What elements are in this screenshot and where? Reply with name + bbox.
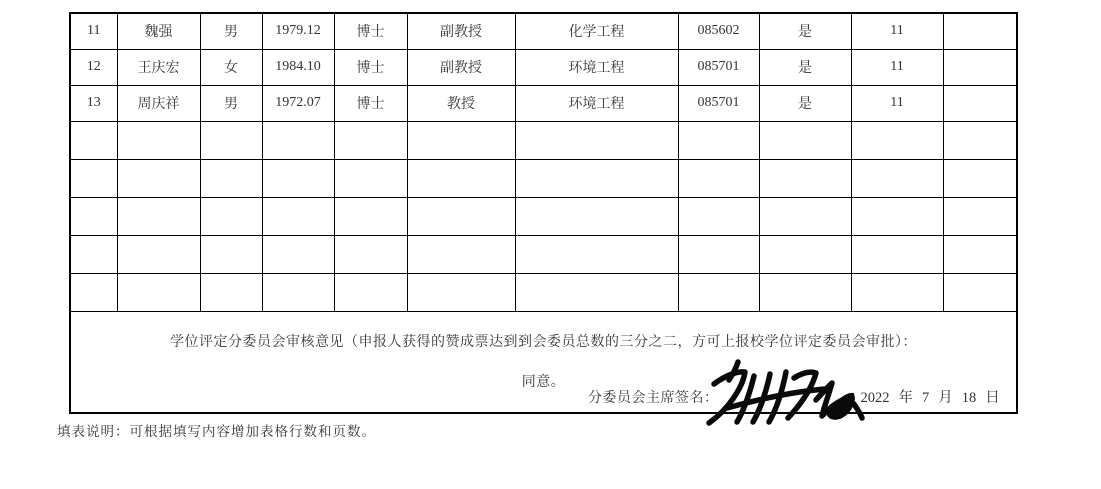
cell-major: 化学工程 — [515, 13, 678, 49]
cell-major: 环境工程 — [515, 49, 678, 85]
cell-blank — [943, 85, 1017, 121]
cell-gender: 女 — [200, 49, 262, 85]
cell-birth-date: 1984.10 — [262, 49, 334, 85]
date-day: 18 — [962, 390, 977, 407]
cell-name: 魏强 — [117, 13, 200, 49]
table-row: 12 王庆宏 女 1984.10 博士 副教授 环境工程 085701 是 11 — [70, 49, 1017, 85]
cell-gender: 男 — [200, 85, 262, 121]
cell-name: 王庆宏 — [117, 49, 200, 85]
cell-serial: 11 — [70, 13, 117, 49]
date-month-unit: 月 — [938, 386, 953, 407]
chair-signature-label: 分委员会主席签名： — [588, 387, 719, 407]
date-year-unit: 年 — [899, 386, 914, 407]
cell-approved: 是 — [759, 85, 851, 121]
cell-serial: 13 — [70, 85, 117, 121]
cell-title: 教授 — [407, 85, 515, 121]
empty-table-row — [70, 273, 1017, 311]
cell-degree: 博士 — [334, 13, 407, 49]
table-body: 11 魏强 男 1979.12 博士 副教授 化学工程 085602 是 11 … — [70, 13, 1017, 413]
date-year: 2022 — [861, 390, 890, 407]
opinion-row: 学位评定分委员会审核意见（申报人获得的赞成票达到到会委员总数的三分之二，方可上报… — [70, 311, 1017, 413]
cell-gender: 男 — [200, 13, 262, 49]
opinion-heading: 学位评定分委员会审核意见（申报人获得的赞成票达到到会委员总数的三分之二，方可上报… — [76, 334, 1011, 352]
empty-table-row — [70, 121, 1017, 159]
cell-degree: 博士 — [334, 85, 407, 121]
form-footnote: 填表说明：可根据填写内容增加表格行数和页数。 — [57, 420, 376, 440]
cell-title: 副教授 — [407, 13, 515, 49]
signature-row: 分委员会主席签名： 2022 年 7 月 18 日 — [588, 386, 1000, 407]
cell-serial: 12 — [70, 49, 117, 85]
cell-birth-date: 1979.12 — [262, 13, 334, 49]
committee-opinion-cell: 学位评定分委员会审核意见（申报人获得的赞成票达到到会委员总数的三分之二，方可上报… — [70, 311, 1017, 413]
cell-degree: 博士 — [334, 49, 407, 85]
empty-table-row — [70, 197, 1017, 235]
cell-birth-date: 1972.07 — [262, 85, 334, 121]
cell-approved: 是 — [759, 13, 851, 49]
signature-area — [719, 401, 861, 402]
empty-table-row — [70, 235, 1017, 273]
cell-vote-count: 11 — [851, 13, 943, 49]
empty-table-row — [70, 159, 1017, 197]
cell-major: 环境工程 — [515, 85, 678, 121]
table-row: 11 魏强 男 1979.12 博士 副教授 化学工程 085602 是 11 — [70, 13, 1017, 49]
cell-name: 周庆祥 — [117, 85, 200, 121]
cell-major-code: 085602 — [678, 13, 759, 49]
cell-vote-count: 11 — [851, 85, 943, 121]
cell-approved: 是 — [759, 49, 851, 85]
date-month: 7 — [922, 390, 929, 407]
cell-vote-count: 11 — [851, 49, 943, 85]
applicant-table: 11 魏强 男 1979.12 博士 副教授 化学工程 085602 是 11 … — [69, 12, 1018, 414]
cell-blank — [943, 49, 1017, 85]
form-page: 11 魏强 男 1979.12 博士 副教授 化学工程 085602 是 11 … — [0, 0, 1101, 489]
signature-date: 2022 年 7 月 18 日 — [861, 386, 1000, 407]
date-day-unit: 日 — [985, 386, 1000, 407]
cell-major-code: 085701 — [678, 85, 759, 121]
cell-major-code: 085701 — [678, 49, 759, 85]
cell-blank — [943, 13, 1017, 49]
table-row: 13 周庆祥 男 1972.07 博士 教授 环境工程 085701 是 11 — [70, 85, 1017, 121]
cell-title: 副教授 — [407, 49, 515, 85]
